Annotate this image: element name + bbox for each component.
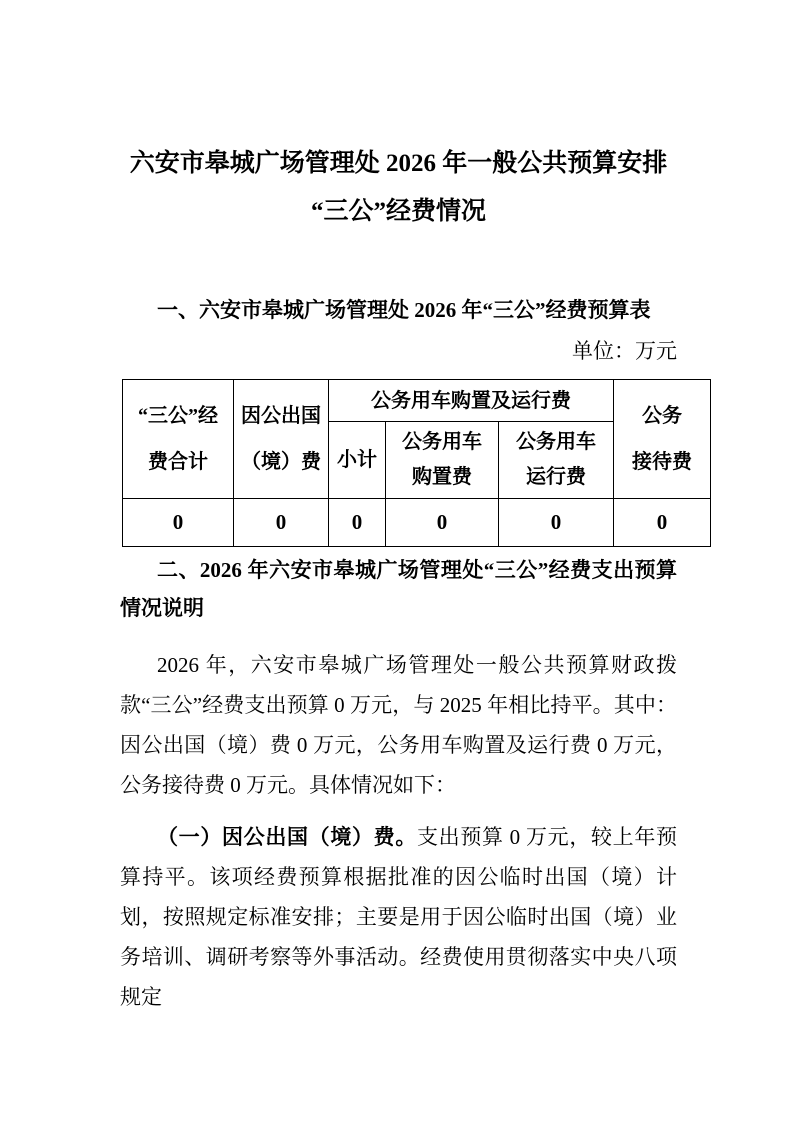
value-total: 0	[123, 499, 234, 547]
table-header-vehicle-subtotal: 小计	[329, 422, 386, 499]
budget-table: “三公”经 费合计 因公出国 （境）费 公务用车购置及运行费 公务 接待费 小计…	[122, 379, 711, 547]
table-header-abroad: 因公出国 （境）费	[234, 380, 329, 499]
table-header-reception: 公务 接待费	[614, 380, 711, 499]
item1-paragraph: （一）因公出国（境）费。支出预算 0 万元，较上年预算持平。该项经费预算根据批准…	[120, 817, 677, 1017]
page-title-line1: 六安市皋城广场管理处 2026 年一般公共预算安排	[120, 140, 677, 188]
section1-heading: 一、六安市皋城广场管理处 2026 年“三公”经费预算表	[120, 291, 677, 329]
section2-heading: 二、2026 年六安市皋城广场管理处“三公”经费支出预算情况说明	[120, 551, 677, 627]
value-reception: 0	[614, 499, 711, 547]
unit-label: 单位：万元	[120, 337, 677, 365]
table-header-vehicle-operation: 公务用车 运行费	[499, 422, 614, 499]
document-content: 六安市皋城广场管理处 2026 年一般公共预算安排 “三公”经费情况 一、六安市…	[120, 0, 677, 1017]
summary-paragraph: 2026 年，六安市皋城广场管理处一般公共预算财政拨款“三公”经费支出预算 0 …	[120, 645, 677, 805]
table-header-total: “三公”经 费合计	[123, 380, 234, 499]
item1-lead: （一）因公出国（境）费。	[157, 825, 417, 849]
table-header-vehicle-group: 公务用车购置及运行费	[329, 380, 614, 422]
table-header-vehicle-purchase: 公务用车 购置费	[386, 422, 499, 499]
item1-text: 支出预算 0 万元，较上年预算持平。该项经费预算根据批准的因公临时出国（境）计划…	[120, 825, 677, 1009]
value-vehicle-operation: 0	[499, 499, 614, 547]
table-header-row-1: “三公”经 费合计 因公出国 （境）费 公务用车购置及运行费 公务 接待费	[123, 380, 711, 422]
page-title: 六安市皋城广场管理处 2026 年一般公共预算安排 “三公”经费情况	[120, 0, 677, 236]
page-title-line2: “三公”经费情况	[120, 188, 677, 236]
document-page: 六安市皋城广场管理处 2026 年一般公共预算安排 “三公”经费情况 一、六安市…	[0, 0, 793, 1122]
table-value-row: 0 0 0 0 0 0	[123, 499, 711, 547]
value-abroad: 0	[234, 499, 329, 547]
value-vehicle-subtotal: 0	[329, 499, 386, 547]
value-vehicle-purchase: 0	[386, 499, 499, 547]
